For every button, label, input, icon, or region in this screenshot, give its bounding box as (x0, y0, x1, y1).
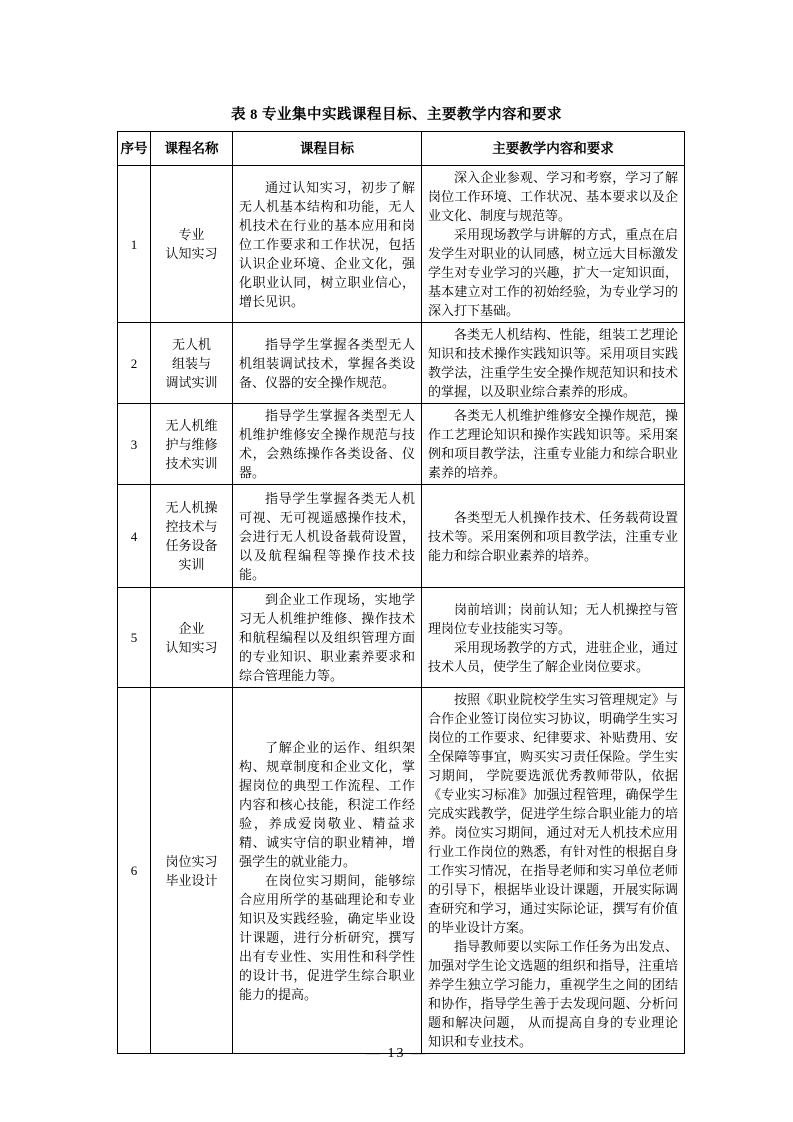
document-page: 表 8 专业集中实践课程目标、主要教学内容和要求 序号 课程名称 课程目标 主要… (0, 0, 793, 1122)
header-cell-content: 主要教学内容和要求 (422, 132, 685, 166)
table-row: 3 无人机维护与维修技术实训 指导学生掌握各类型无人机维护维修安全操作规范与技术… (118, 404, 685, 485)
course-name-line: 技术实训 (154, 454, 229, 473)
row-number-cell: 1 (118, 166, 151, 323)
table-row: 1 专业认知实习 通过认知实习，初步了解无人机基本结构和功能，无人机技术在行业的… (118, 166, 685, 323)
table-caption: 表 8 专业集中实践课程目标、主要教学内容和要求 (0, 103, 793, 124)
objectives-cell: 指导学生掌握各类型无人机维护维修安全操作规范与技术，会熟练操作各类设备、仪器。 (233, 404, 422, 485)
page-number: — 13 — (0, 1046, 793, 1062)
course-name-line: 专业 (154, 225, 229, 244)
course-name-line: 岗位实习 (154, 852, 229, 871)
objective-paragraph: 通过认知实习，初步了解无人机基本结构和功能，无人机技术在行业的基本应用和岗位工作… (239, 178, 415, 311)
course-name-line: 组装与 (154, 354, 229, 373)
objective-paragraph: 指导学生掌握各类无人机可视、无可视遥感操作技术，会进行无人机设备载荷设置，以及航… (239, 489, 415, 584)
objectives-cell: 了解企业的运作、组织架构、规章制度和企业文化，掌握岗位的典型工作流程、工作内容和… (233, 688, 422, 1054)
course-table-body: 1 专业认知实习 通过认知实习，初步了解无人机基本结构和功能，无人机技术在行业的… (118, 166, 685, 1054)
content-cell: 各类无人机结构、性能，组装工艺理论知识和技术操作实践知识等。采用项目实践教学法，… (422, 323, 685, 404)
course-name-line: 无人机操 (154, 498, 229, 517)
course-name-line: 企业 (154, 619, 229, 638)
course-table-header: 序号 课程名称 课程目标 主要教学内容和要求 (118, 132, 685, 166)
row-number-cell: 3 (118, 404, 151, 485)
course-name-cell: 无人机维护与维修技术实训 (151, 404, 233, 485)
objective-paragraph: 指导学生掌握各类型无人机组装调试技术，掌握各类设备、仪器的安全操作规范。 (239, 335, 415, 392)
course-name-line: 认知实习 (154, 244, 229, 263)
course-name-line: 控技术与 (154, 517, 229, 536)
header-cell-no: 序号 (118, 132, 151, 166)
content-cell: 各类型无人机操作技术、任务载荷设置技术等。采用案例和项目教学法，注重专业能力和综… (422, 485, 685, 588)
header-cell-obj: 课程目标 (233, 132, 422, 166)
row-number-cell: 5 (118, 588, 151, 688)
row-number-cell: 4 (118, 485, 151, 588)
course-name-line: 无人机 (154, 335, 229, 354)
content-paragraph: 各类无人机维护维修安全操作规范，操作工艺理论知识和操作实践知识等。采用案例和项目… (428, 406, 678, 482)
header-row: 序号 课程名称 课程目标 主要教学内容和要求 (118, 132, 685, 166)
objectives-cell: 到企业工作现场，实地学习无人机维护维修、操作技术和航程编程以及组织管理方面的专业… (233, 588, 422, 688)
content-cell: 按照《职业院校学生实习管理规定》与合作企业签订岗位实习协议，明确学生实习岗位的工… (422, 688, 685, 1054)
course-name-cell: 专业认知实习 (151, 166, 233, 323)
objectives-cell: 指导学生掌握各类无人机可视、无可视遥感操作技术，会进行无人机设备载荷设置，以及航… (233, 485, 422, 588)
objective-paragraph: 了解企业的运作、组织架构、规章制度和企业文化，掌握岗位的典型工作流程、工作内容和… (239, 738, 415, 871)
content-paragraph: 指导教师要以实际工作任务为出发点、加强对学生论文选题的组织和指导，注重培养学生独… (428, 937, 678, 1051)
table-row: 5 企业认知实习 到企业工作现场，实地学习无人机维护维修、操作技术和航程编程以及… (118, 588, 685, 688)
course-name-cell: 企业认知实习 (151, 588, 233, 688)
content-paragraph: 各类型无人机操作技术、任务载荷设置技术等。采用案例和项目教学法，注重专业能力和综… (428, 508, 678, 565)
content-cell: 各类无人机维护维修安全操作规范，操作工艺理论知识和操作实践知识等。采用案例和项目… (422, 404, 685, 485)
objective-paragraph: 到企业工作现场，实地学习无人机维护维修、操作技术和航程编程以及组织管理方面的专业… (239, 590, 415, 685)
course-name-cell: 岗位实习毕业设计 (151, 688, 233, 1054)
course-name-cell: 无人机组装与调试实训 (151, 323, 233, 404)
content-paragraph: 采用现场教学与讲解的方式，重点在启发学生对职业的认同感，树立远大目标激发学生对专… (428, 225, 678, 320)
table-row: 4 无人机操控技术与任务设备实训 指导学生掌握各类无人机可视、无可视遥感操作技术… (118, 485, 685, 588)
row-number-cell: 6 (118, 688, 151, 1054)
course-name-line: 任务设备 (154, 536, 229, 555)
objectives-cell: 通过认知实习，初步了解无人机基本结构和功能，无人机技术在行业的基本应用和岗位工作… (233, 166, 422, 323)
objectives-cell: 指导学生掌握各类型无人机组装调试技术，掌握各类设备、仪器的安全操作规范。 (233, 323, 422, 404)
course-name-line: 毕业设计 (154, 871, 229, 890)
content-paragraph: 深入企业参观、学习和考察，学习了解岗位工作环境、工作状况、基本要求以及企业文化、… (428, 168, 678, 225)
course-name-line: 无人机维 (154, 416, 229, 435)
course-name-line: 护与维修 (154, 435, 229, 454)
objective-paragraph: 指导学生掌握各类型无人机维护维修安全操作规范与技术，会熟练操作各类设备、仪器。 (239, 406, 415, 482)
header-cell-name: 课程名称 (151, 132, 233, 166)
course-name-line: 认知实习 (154, 638, 229, 657)
content-cell: 深入企业参观、学习和考察，学习了解岗位工作环境、工作状况、基本要求以及企业文化、… (422, 166, 685, 323)
content-paragraph: 岗前培训；岗前认知；无人机操控与管理岗位专业技能实习等。 (428, 600, 678, 638)
course-name-line: 实训 (154, 555, 229, 574)
content-cell: 岗前培训；岗前认知；无人机操控与管理岗位专业技能实习等。采用现场教学的方式，进驻… (422, 588, 685, 688)
table-row: 2 无人机组装与调试实训 指导学生掌握各类型无人机组装调试技术，掌握各类设备、仪… (118, 323, 685, 404)
content-paragraph: 按照《职业院校学生实习管理规定》与合作企业签订岗位实习协议，明确学生实习岗位的工… (428, 690, 678, 937)
table-row: 6 岗位实习毕业设计 了解企业的运作、组织架构、规章制度和企业文化，掌握岗位的典… (118, 688, 685, 1054)
content-paragraph: 各类无人机结构、性能，组装工艺理论知识和技术操作实践知识等。采用项目实践教学法，… (428, 325, 678, 401)
content-paragraph: 采用现场教学的方式，进驻企业，通过技术人员，使学生了解企业岗位要求。 (428, 638, 678, 676)
course-name-cell: 无人机操控技术与任务设备实训 (151, 485, 233, 588)
course-name-line: 调试实训 (154, 373, 229, 392)
objective-paragraph: 在岗位实习期间，能够综合应用所学的基础理论和专业知识及实践经验，确定毕业设计课题… (239, 871, 415, 1004)
course-table: 序号 课程名称 课程目标 主要教学内容和要求 1 专业认知实习 通过认知实习，初… (117, 131, 685, 1054)
row-number-cell: 2 (118, 323, 151, 404)
